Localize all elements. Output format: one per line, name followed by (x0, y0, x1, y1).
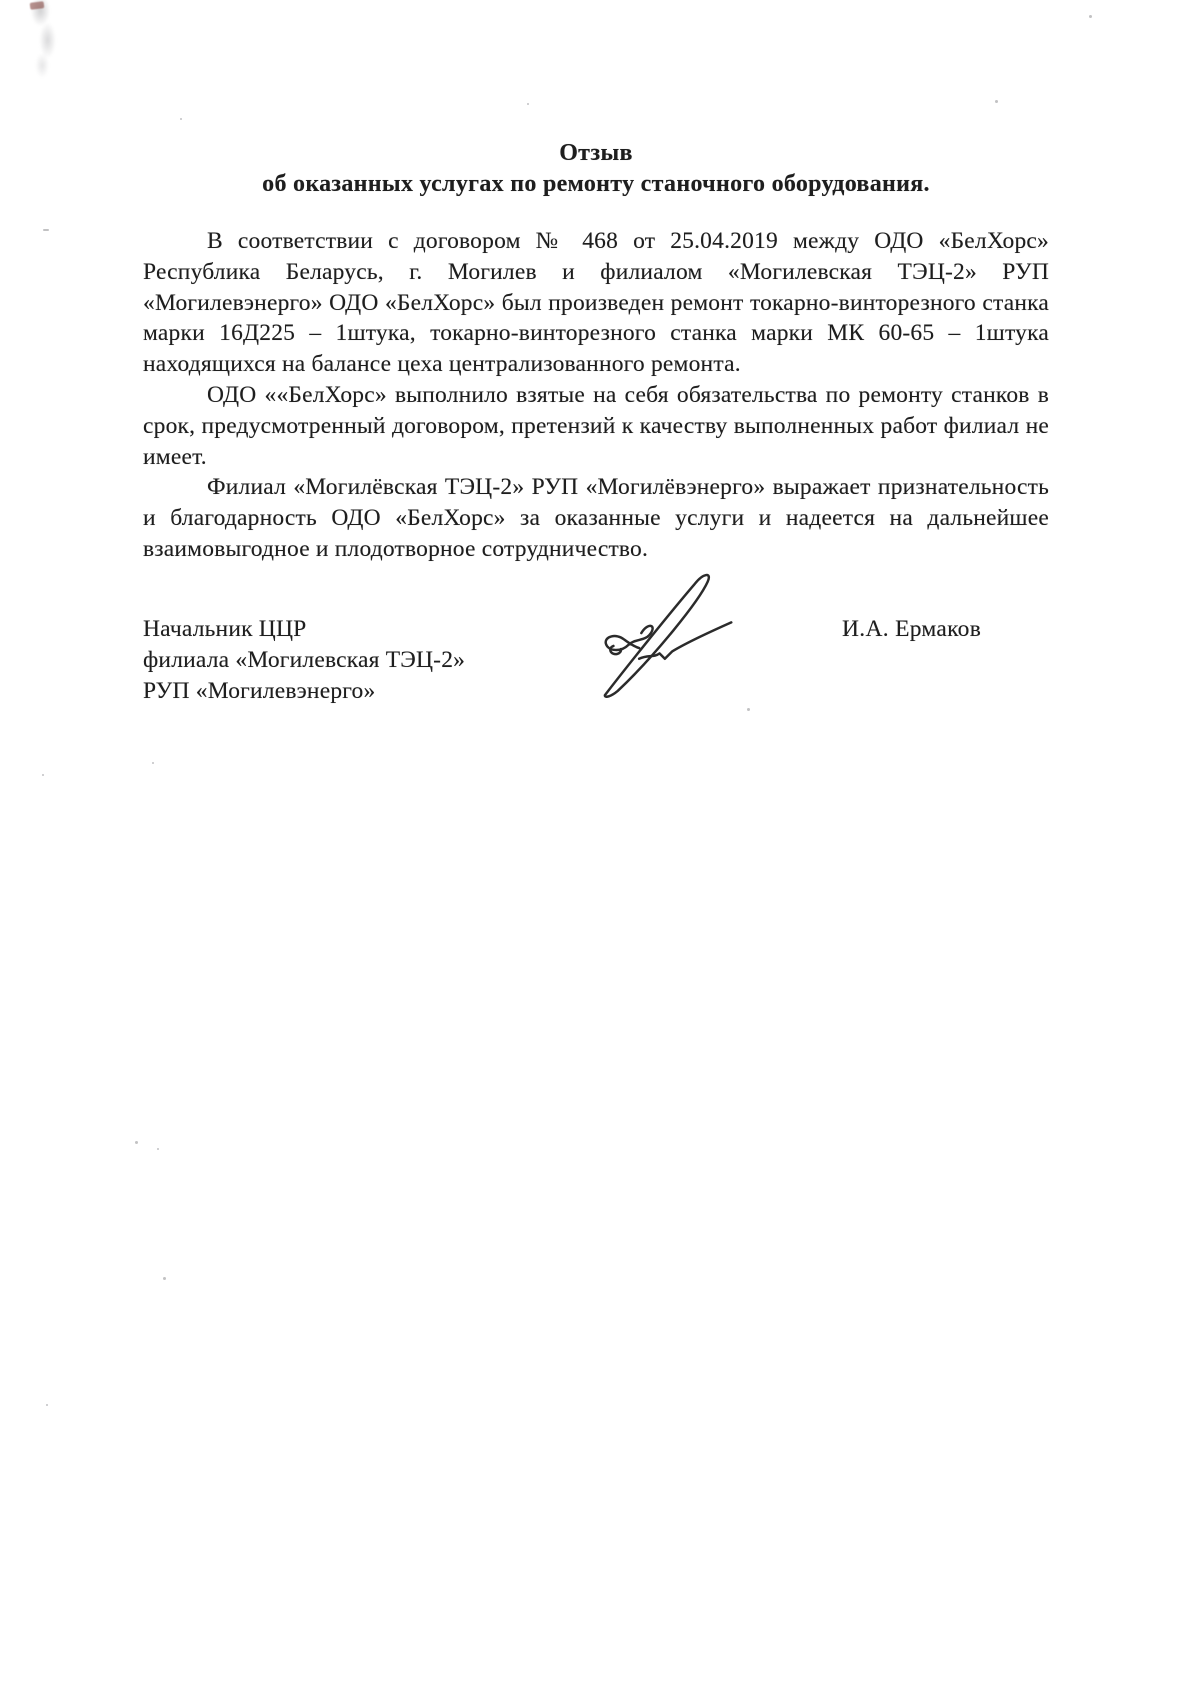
signer-position-line-2: филиала «Могилевская ТЭЦ-2» (143, 645, 643, 676)
signer-position-line-3: РУП «Могилевэнерго» (143, 676, 643, 707)
handwritten-signature-icon (592, 558, 742, 706)
signoff-block: Начальник ЦЦР филиала «Могилевская ТЭЦ-2… (143, 614, 643, 707)
paragraph-2: ОДО ««БелХорс» выполнило взятые на себя … (143, 380, 1049, 472)
scan-speck (995, 100, 998, 103)
scan-smudge (26, 0, 62, 78)
scan-speck (43, 229, 49, 231)
scan-speck (42, 774, 44, 776)
scan-speck (135, 1141, 138, 1144)
document-title: Отзыв (143, 138, 1049, 169)
scan-speck (1089, 15, 1092, 18)
scan-speck (527, 103, 529, 105)
scan-speck (180, 118, 182, 120)
scan-speck (747, 708, 750, 711)
scanned-letter-page: Отзыв об оказанных услугах по ремонту ст… (0, 0, 1200, 1698)
scan-speck (152, 762, 154, 764)
document-subtitle: об оказанных услугах по ремонту станочно… (143, 169, 1049, 200)
paragraph-3: Филиал «Могилёвская ТЭЦ-2» РУП «Могилёвэ… (143, 472, 1049, 564)
scan-speck (163, 1277, 166, 1280)
scan-speck (157, 1148, 159, 1150)
signer-name: И.А. Ермаков (842, 614, 981, 645)
scan-speck (46, 1404, 48, 1406)
paragraph-1: В соответствии с договором № 468 от 25.0… (143, 226, 1049, 380)
title-block: Отзыв об оказанных услугах по ремонту ст… (143, 138, 1049, 200)
document-body: В соответствии с договором № 468 от 25.0… (143, 226, 1049, 565)
signer-position-line-1: Начальник ЦЦР (143, 614, 643, 645)
